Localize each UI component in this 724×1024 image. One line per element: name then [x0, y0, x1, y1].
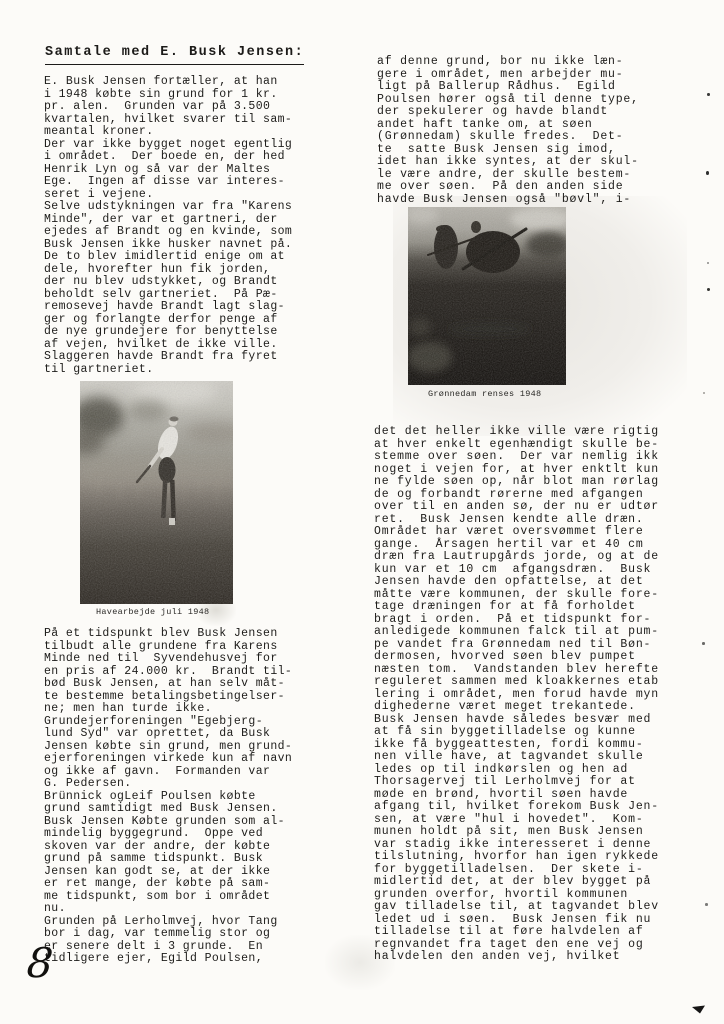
photo-caption-groennedam: Grønnedam renses 1948 — [428, 389, 541, 399]
scan-speck — [707, 262, 709, 264]
page-number: 8 — [25, 941, 54, 985]
scan-speck — [707, 93, 710, 96]
photo-caption-havearbejde: Havearbejde juli 1948 — [96, 607, 209, 617]
scan-speck — [705, 903, 708, 906]
pond-cleaning-photo-image — [408, 207, 566, 385]
scanned-document-page: Samtale med E. Busk Jensen: E. Busk Jens… — [0, 0, 724, 1024]
right-column-text-top: af denne grund, bor nu ikke læn- gere i … — [377, 56, 639, 206]
garden-field-photo-image — [80, 381, 233, 604]
scan-speck — [703, 392, 705, 394]
scan-speck — [706, 171, 709, 175]
photo-havearbejde — [80, 381, 233, 604]
corner-arrow-mark — [692, 1005, 706, 1014]
left-column-text-bottom: På et tidspunkt blev Busk Jensen tilbudt… — [44, 628, 292, 966]
left-column-text-top: E. Busk Jensen fortæller, at han i 1948 … — [44, 76, 292, 376]
photo-groennedam — [408, 207, 566, 385]
right-column-text-bottom: det det heller ikke ville være rigtig at… — [374, 426, 659, 964]
scan-speck — [707, 288, 710, 291]
scan-speck — [702, 642, 705, 645]
article-title: Samtale med E. Busk Jensen: — [45, 45, 304, 65]
